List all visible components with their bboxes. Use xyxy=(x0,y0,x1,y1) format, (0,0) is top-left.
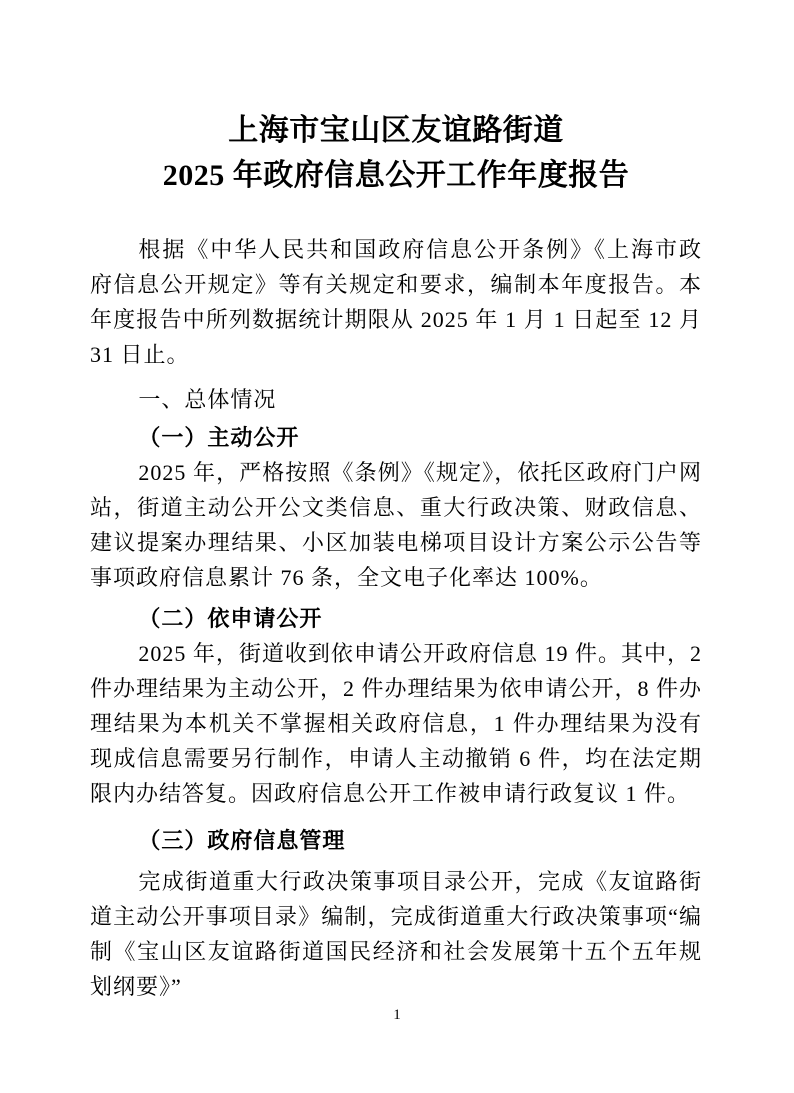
intro-paragraph: 根据《中华人民共和国政府信息公开条例》《上海市政府信息公开规定》等有关规定和要求… xyxy=(90,232,702,372)
subsection-heading-by-request: （二）依申请公开 xyxy=(90,601,702,636)
page-footer: 1 xyxy=(0,1005,794,1025)
section-heading-overall: 一、总体情况 xyxy=(90,382,702,417)
title-line-2: 2025 年政府信息公开工作年度报告 xyxy=(90,153,702,198)
paragraph-by-request: 2025 年，街道收到依申请公开政府信息 19 件。其中，2 件办理结果为主动公… xyxy=(90,636,702,811)
paragraph-info-management: 完成街道重大行政决策事项目录公开，完成《友谊路街道主动公开事项目录》编制，完成街… xyxy=(90,864,702,1004)
page-number: 1 xyxy=(393,1007,401,1023)
paragraph-active-disclosure: 2025 年，严格按照《条例》《规定》，依托区政府门户网站，街道主动公开公文类信… xyxy=(90,455,702,595)
subsection-heading-active-disclosure: （一）主动公开 xyxy=(90,420,702,455)
title-line-1: 上海市宝山区友谊路街道 xyxy=(90,108,702,153)
document-title: 上海市宝山区友谊路街道 2025 年政府信息公开工作年度报告 xyxy=(90,108,702,198)
document-page: 上海市宝山区友谊路街道 2025 年政府信息公开工作年度报告 根据《中华人民共和… xyxy=(0,0,794,1093)
subsection-heading-info-management: （三）政府信息管理 xyxy=(90,823,702,858)
